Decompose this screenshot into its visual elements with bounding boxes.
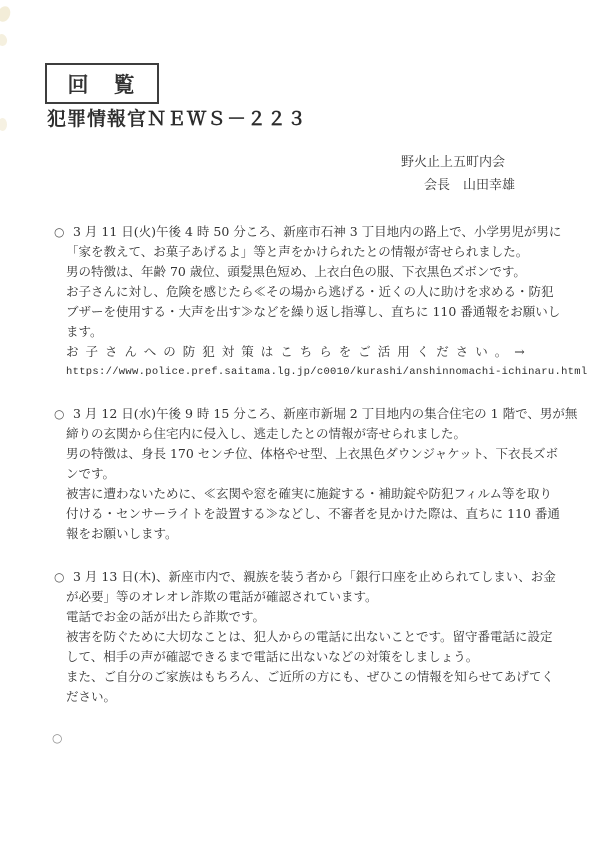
bullet-circle-icon: ○: [54, 567, 67, 587]
bullet-circle-icon: ○: [54, 222, 67, 242]
body-line: 男の特徴は、年齢 70 歳位、頭髪黒色短め、上衣白色の服、下衣黒色ズボンです。: [66, 262, 559, 282]
body-line: ○3 月 11 日(火)午後 4 時 50 分ころ、新座市石神 3 丁目地内の路…: [54, 222, 559, 242]
body-line-text: 3 月 11 日(火)午後 4 時 50 分ころ、新座市石神 3 丁目地内の路上…: [73, 224, 561, 239]
body-line-text: 3 月 12 日(水)午後 9 時 15 分ころ、新座市新堀 2 丁目地内の集合…: [73, 406, 577, 421]
issuer-organization: 野火止上五町内会: [401, 151, 515, 174]
body-line: ○3 月 12 日(水)午後 9 時 15 分ころ、新座市新堀 2 丁目地内の集…: [54, 404, 559, 424]
scanned-circular-page: 回 覧 犯罪情報官ＮＥＷＳ－２２３ 野火止上五町内会 会長 山田幸雄 ○3 月 …: [0, 0, 595, 842]
body-line: ○3 月 13 日(木)、新座市内で、親族を装う者から「銀行口座を止められてしま…: [54, 567, 559, 587]
body-line: 被害を防ぐために大切なことは、犯人からの電話に出ないことです。留守番電話に設定: [66, 627, 559, 647]
body-line: ださい。: [66, 687, 559, 707]
notice-paragraph-incident-3: ○3 月 13 日(木)、新座市内で、親族を装う者から「銀行口座を止められてしま…: [54, 567, 559, 707]
body-line: お子さんに対し、危険を感じたら≪その場から逃げる・近くの人に助けを求める・防犯: [66, 282, 559, 302]
body-line: して、相手の声が確認できるまで電話に出ないなどの対策をしましょう。: [66, 647, 559, 667]
body-line: 「家を教えて、お菓子あげるよ」等と声をかけられたとの情報が寄せられました。: [66, 242, 559, 262]
body-line-text: 3 月 13 日(木)、新座市内で、親族を装う者から「銀行口座を止められてしまい…: [73, 569, 556, 584]
issuer-block: 野火止上五町内会 会長 山田幸雄: [401, 151, 515, 197]
body-line: 男の特徴は、身長 170 センチ位、体格やせ型、上衣黒色ダウンジャケット、下衣長…: [66, 444, 559, 464]
kairan-circulation-stamp: 回 覧: [45, 63, 159, 104]
scan-artifact: [0, 33, 8, 47]
link-url[interactable]: https://www.police.pref.saitama.lg.jp/c0…: [66, 362, 559, 382]
notice-paragraph-incident-1: ○3 月 11 日(火)午後 4 時 50 分ころ、新座市石神 3 丁目地内の路…: [54, 222, 559, 382]
body-line: 締りの玄関から住宅内に侵入し、逃走したとの情報が寄せられました。: [66, 424, 559, 444]
notice-paragraph-incident-2: ○3 月 12 日(水)午後 9 時 15 分ころ、新座市新堀 2 丁目地内の集…: [54, 404, 559, 544]
bullet-circle-icon: ○: [54, 404, 67, 424]
body-line: 被害に遭わないために、≪玄関や窓を確実に施錠する・補助錠や防犯フィルム等を取り: [66, 484, 559, 504]
scan-artifact: [0, 4, 12, 23]
kairan-stamp-label: 回 覧: [68, 69, 137, 99]
issuer-representative: 会長 山田幸雄: [401, 174, 515, 197]
body-line: 付ける・センサーライトを設置する≫などし、不審者を見かけた際は、直ちに 110 …: [66, 504, 559, 524]
body-line: ブザーを使用する・大声を出す≫などを繰り返し指導し、直ちに 110 番通報をお願…: [66, 302, 559, 322]
document-title: 犯罪情報官ＮＥＷＳ－２２３: [47, 104, 307, 131]
trailing-bullet-circle-icon: ○: [52, 731, 62, 745]
body-line: が必要」等のオレオレ詐欺の電話が確認されています。: [66, 587, 559, 607]
prevention-info-pointer-line: お子さんへの防犯対策はこちらをご活用ください。→: [66, 342, 559, 362]
scan-artifact: [0, 118, 7, 131]
body-line: ます。: [66, 322, 559, 342]
body-line: 報をお願いします。: [66, 524, 559, 544]
body-line: 電話でお金の話が出たら詐欺です。: [66, 607, 559, 627]
body-line: また、ご自分のご家族はもちろん、ご近所の方にも、ぜひこの情報を知らせてあげてく: [66, 667, 559, 687]
body-line: ンです。: [66, 464, 559, 484]
